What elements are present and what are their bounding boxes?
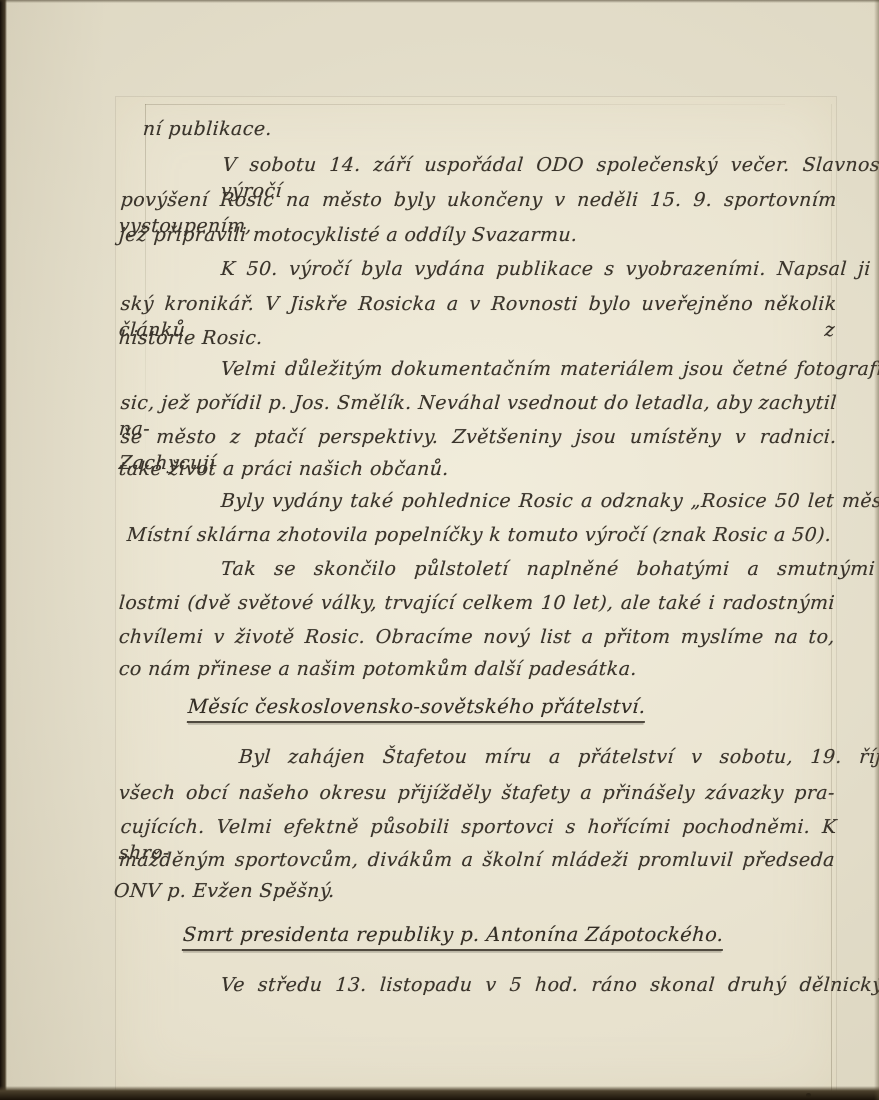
manuscript-line: K 50. výročí byla vydána publikace s vyo… bbox=[118, 256, 879, 282]
manuscript-line: lostmi (dvě světové války, trvající celk… bbox=[118, 590, 836, 616]
manuscript-line: Ve středu 13. listopadu v 5 hod. ráno sk… bbox=[118, 972, 879, 998]
scan-edge-bottom bbox=[0, 1086, 879, 1100]
section-heading-friendship-month: Měsíc československo-sovětského přátelst… bbox=[187, 694, 879, 720]
manuscript-line: mážděným sportovcům, divákům a školní ml… bbox=[118, 847, 836, 873]
manuscript-line: všech obcí našeho okresu přijížděly štaf… bbox=[118, 780, 836, 806]
scan-edge-left bbox=[0, 0, 7, 1100]
manuscript-line: Tak se skončilo půlstoletí naplněné boha… bbox=[118, 556, 879, 582]
page-top-crease bbox=[145, 104, 785, 105]
scanned-chronicle-page: { "style": { "paper_color": "#eae4d1", "… bbox=[0, 0, 879, 1100]
section-heading-president-death: Smrt presidenta republiky p. Antonína Zá… bbox=[182, 922, 879, 948]
manuscript-line: jež připravili motocyklisté a oddíly Sva… bbox=[118, 222, 836, 248]
manuscript-line: co nám přinese a našim potomkům další pa… bbox=[118, 656, 836, 682]
manuscript-line: Místní sklárna zhotovila popelníčky k to… bbox=[126, 522, 844, 548]
manuscript-line: Velmi důležitým dokumentačním materiálem… bbox=[118, 356, 879, 382]
manuscript-line: Byly vydány také pohlednice Rosic a odzn… bbox=[118, 488, 879, 514]
manuscript-line: Byl zahájen Štafetou míru a přátelství v… bbox=[118, 744, 879, 770]
scan-edge-top bbox=[0, 0, 879, 3]
ink-speck bbox=[806, 1093, 811, 1097]
manuscript-line: chvílemi v životě Rosic. Obracíme nový l… bbox=[118, 624, 836, 650]
heading-underlined-text: Smrt presidenta republiky p. Antonína Zá… bbox=[182, 923, 725, 951]
scan-edge-right bbox=[874, 0, 879, 1100]
manuscript-line: také život a práci našich občanů. bbox=[118, 456, 836, 482]
heading-underlined-text: Měsíc československo-sovětského přátelst… bbox=[187, 695, 647, 723]
manuscript-line: ní publikace. bbox=[142, 116, 860, 142]
manuscript-line: historie Rosic. bbox=[118, 325, 836, 351]
manuscript-line: ONV p. Evžen Spěšný. bbox=[113, 878, 831, 904]
